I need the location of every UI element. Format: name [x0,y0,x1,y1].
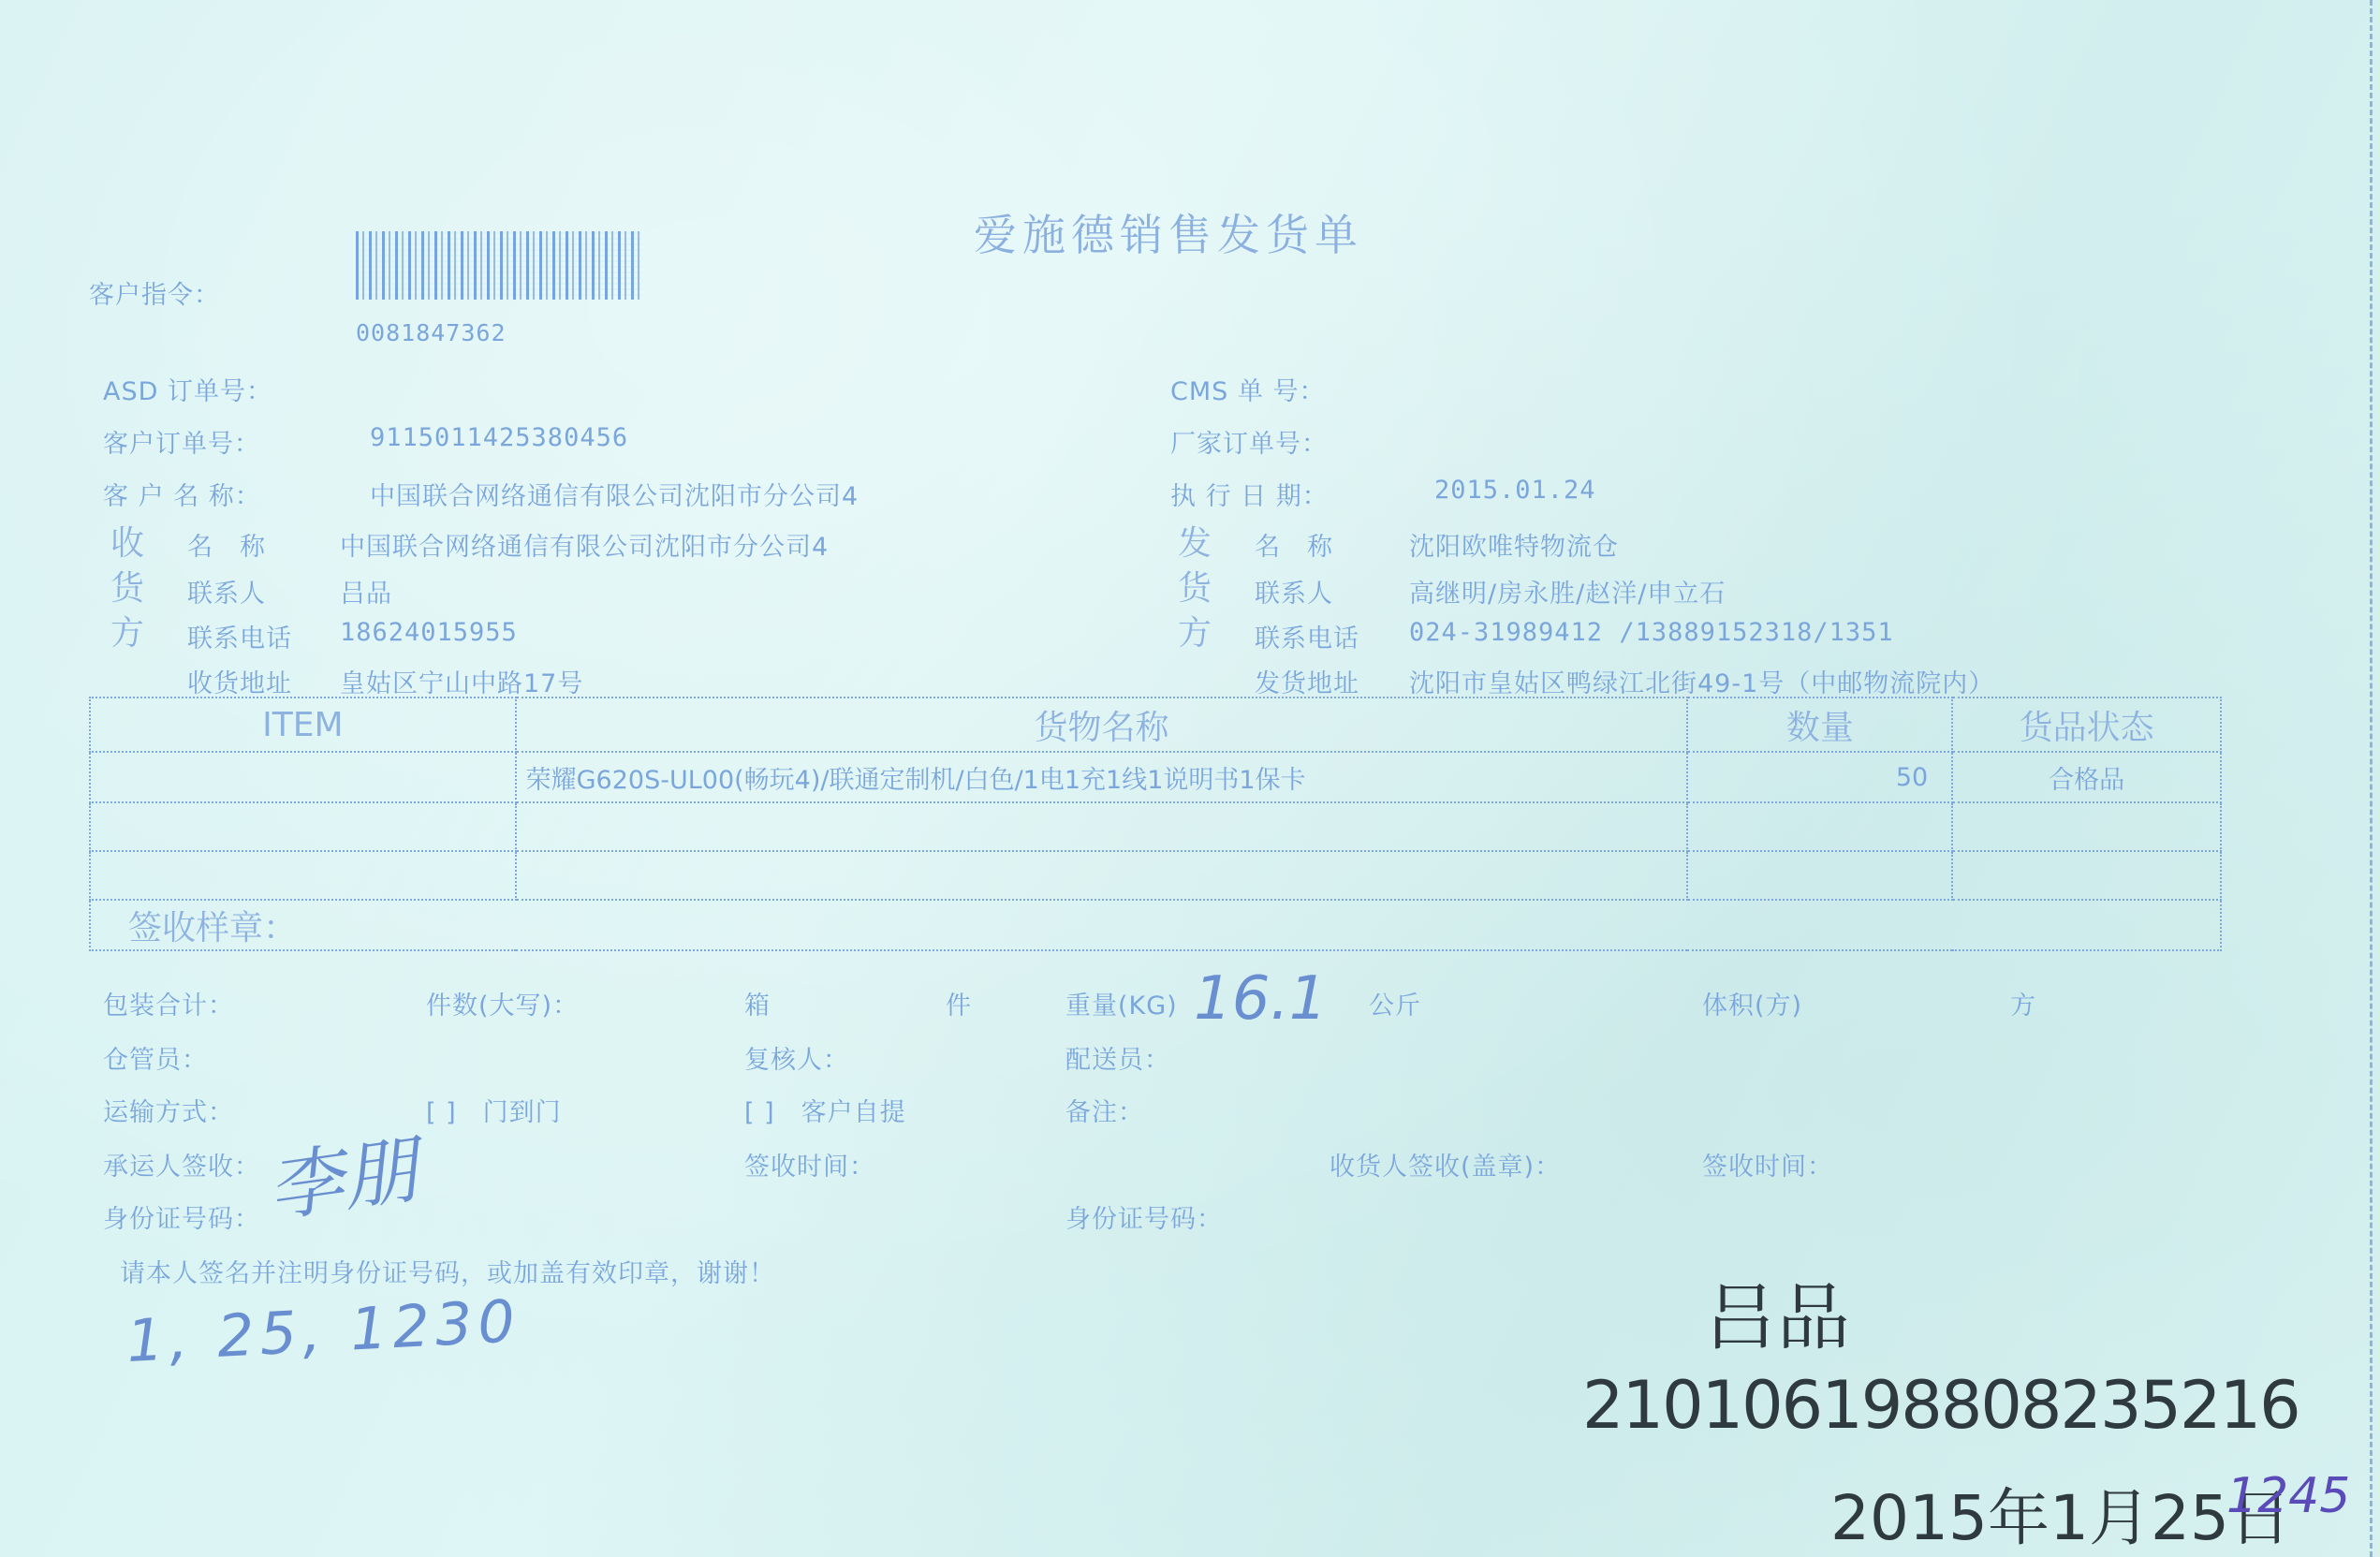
receiver-side-char-2: 货 [110,562,144,610]
weight-unit: 公斤 [1369,985,1421,1021]
carrier-signature: 李朋 [260,1109,423,1236]
shipper-address-value: 沈阳市皇姑区鸭绿江北街49-1号（中邮物流院内） [1409,663,1994,699]
cell-quantity [1687,802,1952,851]
customer-order-value: 9115011425380456 [370,423,628,452]
sign-stamp-row: 签收样章： [90,900,2221,950]
shipper-name-value: 沈阳欧唯特物流仓 [1409,526,1619,563]
customer-order-label: 客户订单号： [103,423,260,460]
carrier-id-label: 身份证号码： [103,1198,260,1235]
shipper-side-char-2: 货 [1178,562,1212,610]
package-total-label: 包装合计： [103,985,234,1021]
header-status: 货品状态 [1952,698,2221,752]
handwritten-receiver-name: 吕品 [1704,1259,1850,1364]
volume-label: 体积(方) [1702,985,1802,1021]
header-quantity: 数量 [1687,698,1952,752]
receiver-name-value: 中国联合网络通信有限公司沈阳市分公司4 [340,526,829,563]
shipper-phone-label: 联系电话 [1255,618,1359,654]
vendor-order-label: 厂家订单号： [1170,423,1328,460]
asd-order-label: ASD 订单号： [103,371,272,407]
receiver-address-label: 收货地址 [187,663,292,699]
table-row [90,851,2221,900]
handwritten-date: 2015年1月25日 [1830,1468,2291,1557]
cell-goods-name [516,802,1688,851]
customer-instruction-code: 0081847362 [356,319,507,346]
receiver-address-value: 皇姑区宁山中路17号 [340,663,583,699]
shipper-side-char-1: 发 [1178,517,1212,565]
cell-item [90,802,516,851]
table-row [90,802,2221,851]
shipper-address-label: 发货地址 [1255,663,1359,699]
door-to-door-option[interactable]: [ ] 门到门 [426,1092,562,1128]
shipper-name-label: 名 称 [1255,526,1333,563]
customer-pickup-option[interactable]: [ ] 客户自提 [744,1092,906,1128]
customer-name-label: 客 户 名 称： [103,476,261,512]
receiver-sign-time-label: 签收时间： [1702,1146,1833,1182]
receiver-contact-value: 吕品 [340,573,392,610]
table-header-row: ITEM 货物名称 数量 货品状态 [90,698,2221,752]
barcode-image [356,231,641,300]
sign-stamp-label: 签收样章： [90,900,2221,950]
box-label: 箱 [744,985,771,1021]
cell-goods-name: 荣耀G620S-UL00(畅玩4)/联通定制机/白色/1电1充1线1说明书1保卡 [516,752,1688,802]
document-title: 爱施德销售发货单 [974,201,1363,263]
cell-status [1952,851,2221,900]
carrier-sign-label: 承运人签收： [103,1146,260,1182]
cell-item [90,752,516,802]
receiver-name-label: 名 称 [187,526,266,563]
receiver-phone-label: 联系电话 [187,618,292,654]
weight-label: 重量(KG) [1065,985,1178,1021]
warehouse-label: 仓管员： [103,1039,208,1076]
cell-status [1952,802,2221,851]
cell-item [90,851,516,900]
cms-order-label: CMS 单 号： [1170,371,1325,407]
header-goods-name: 货物名称 [516,698,1688,752]
volume-unit: 方 [2010,985,2036,1021]
receiver-id-label: 身份证号码： [1065,1198,1223,1235]
handwritten-id-number: 210106198808235216 [1582,1367,2299,1444]
cell-status: 合格品 [1952,752,2221,802]
piece-label: 件 [946,985,972,1021]
weight-value-handwritten: 16.1 [1194,964,1328,1034]
receiver-phone-value: 18624015955 [340,618,518,647]
handwritten-time: 1245 [2226,1468,2350,1524]
shipper-side-char-3: 方 [1178,607,1212,654]
exec-date-label: 执 行 日 期： [1170,476,1329,512]
receiver-side-char-3: 方 [110,607,144,654]
goods-table: ITEM 货物名称 数量 货品状态 荣耀G620S-UL00(畅玩4)/联通定制… [89,697,2222,951]
transport-label: 运输方式： [103,1092,234,1128]
shipper-contact-label: 联系人 [1255,573,1333,610]
perforated-edge [2370,0,2373,1557]
receiver-contact-label: 联系人 [187,573,266,610]
exec-date-value: 2015.01.24 [1434,476,1596,505]
customer-instruction-label: 客户指令： [89,274,220,311]
cell-quantity: 50 [1687,752,1952,802]
receiver-side-char-1: 收 [110,517,144,565]
shipper-phone-value: 024-31989412 /13889152318/1351 [1409,618,1894,647]
receiver-sign-label: 收货人签收(盖章)： [1330,1146,1561,1182]
table-row: 荣耀G620S-UL00(畅玩4)/联通定制机/白色/1电1充1线1说明书1保卡… [90,752,2221,802]
remark-label: 备注： [1065,1092,1144,1128]
shipper-contact-value: 高继明/房永胜/赵洋/申立石 [1409,573,1726,610]
pieces-label: 件数(大写)： [426,985,579,1021]
customer-name-value: 中国联合网络通信有限公司沈阳市分公司4 [370,476,859,512]
cell-quantity [1687,851,1952,900]
sign-time-label: 签收时间： [744,1146,875,1182]
checker-label: 复核人： [744,1039,849,1076]
notice-text: 请本人签名并注明身份证号码，或加盖有效印章，谢谢！ [120,1253,775,1289]
delivery-label: 配送员： [1065,1039,1170,1076]
cell-goods-name [516,851,1688,900]
header-item: ITEM [90,698,516,752]
